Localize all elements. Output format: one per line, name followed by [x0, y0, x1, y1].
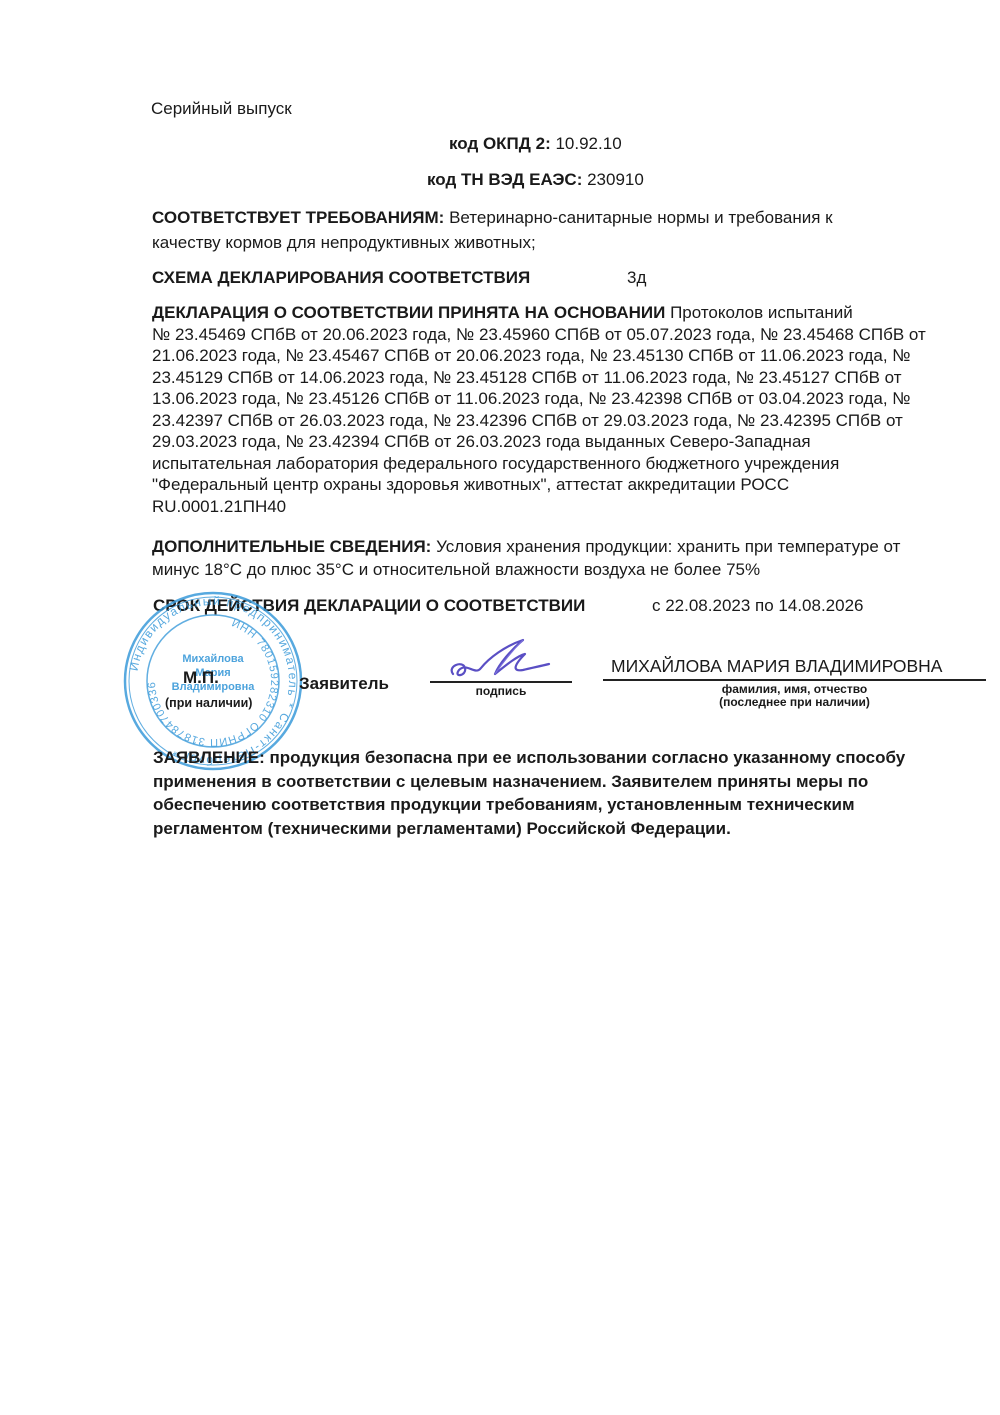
- okpd-value: 10.92.10: [555, 134, 621, 153]
- additional-line-2: минус 18°С до плюс 35°С и относительной …: [152, 558, 942, 581]
- name-line: [603, 679, 986, 681]
- name-caption-1: фамилия, имя, отчество: [603, 682, 986, 696]
- statement-line-1: продукция безопасна при ее использовании…: [270, 748, 906, 767]
- statement-line-2: применения в соответствии с целевым назн…: [153, 770, 983, 794]
- scheme-label: СХЕМА ДЕКЛАРИРОВАНИЯ СООТВЕТСТВИЯ: [152, 267, 530, 289]
- requirements-label: СООТВЕТСТВУЕТ ТРЕБОВАНИЯМ:: [152, 208, 444, 227]
- basis-line-3: 23.45129 СПбВ от 14.06.2023 года, № 23.4…: [152, 367, 942, 389]
- basis-line-7: испытательная лаборатория федерального г…: [152, 453, 942, 475]
- svg-text:Михайлова: Михайлова: [182, 653, 244, 665]
- additional-line-1: Условия хранения продукции: хранить при …: [436, 537, 900, 556]
- basis-line-8: "Федеральный центр охраны здоровья живот…: [152, 474, 942, 496]
- applicant-full-name: МИХАЙЛОВА МАРИЯ ВЛАДИМИРОВНА: [611, 656, 942, 677]
- signature-caption: подпись: [430, 684, 572, 698]
- okpd-code: код ОКПД 2: 10.92.10: [449, 133, 622, 155]
- handwritten-signature-icon: [445, 636, 555, 682]
- requirements-line-2: качеству кормов для непродуктивных живот…: [152, 230, 942, 255]
- signature-line: [430, 681, 572, 683]
- basis-line-6: 29.03.2023 года, № 23.42394 СПбВ от 26.0…: [152, 431, 942, 453]
- basis-line-2: 21.06.2023 года, № 23.45467 СПбВ от 20.0…: [152, 345, 942, 367]
- statement-label: ЗАЯВЛЕНИЕ:: [153, 748, 265, 767]
- basis-line-5: 23.42397 СПбВ от 26.03.2023 года, № 23.4…: [152, 410, 942, 432]
- requirements-section: СООТВЕТСТВУЕТ ТРЕБОВАНИЯМ: Ветеринарно-с…: [152, 205, 942, 255]
- signature: [445, 636, 555, 682]
- tnved-code: код ТН ВЭД ЕАЭС: 230910: [427, 169, 644, 191]
- okpd-label: код ОКПД 2:: [449, 134, 551, 153]
- applicant-label: Заявитель: [299, 674, 389, 694]
- serial-release-label: Серийный выпуск: [151, 98, 292, 120]
- requirements-line-1: Ветеринарно-санитарные нормы и требовани…: [449, 208, 833, 227]
- mp-label: М.П.: [183, 668, 219, 688]
- validity-value: с 22.08.2023 по 14.08.2026: [652, 595, 864, 617]
- statement-section: ЗАЯВЛЕНИЕ: продукция безопасна при ее ис…: [153, 746, 983, 840]
- tnved-value: 230910: [587, 170, 644, 189]
- name-caption-2: (последнее при наличии): [603, 695, 986, 709]
- additional-info-section: ДОПОЛНИТЕЛЬНЫЕ СВЕДЕНИЯ: Условия хранени…: [152, 535, 942, 581]
- statement-line-4: регламентом (техническими регламентами) …: [153, 817, 983, 841]
- basis-line-4: 13.06.2023 года, № 23.45126 СПбВ от 11.0…: [152, 388, 942, 410]
- mp-note: (при наличии): [165, 696, 252, 710]
- declaration-basis-section: ДЕКЛАРАЦИЯ О СООТВЕТСТВИИ ПРИНЯТА НА ОСН…: [152, 302, 942, 517]
- tnved-label: код ТН ВЭД ЕАЭС:: [427, 170, 582, 189]
- scheme-value: 3д: [627, 267, 646, 289]
- statement-line-3: обеспечению соответствия продукции требо…: [153, 793, 983, 817]
- additional-label: ДОПОЛНИТЕЛЬНЫЕ СВЕДЕНИЯ:: [152, 537, 431, 556]
- basis-line-0: Протоколов испытаний: [670, 303, 853, 322]
- basis-line-9: RU.0001.21ПН40: [152, 496, 942, 518]
- basis-label: ДЕКЛАРАЦИЯ О СООТВЕТСТВИИ ПРИНЯТА НА ОСН…: [152, 303, 665, 322]
- basis-line-1: № 23.45469 СПбВ от 20.06.2023 года, № 23…: [152, 324, 942, 346]
